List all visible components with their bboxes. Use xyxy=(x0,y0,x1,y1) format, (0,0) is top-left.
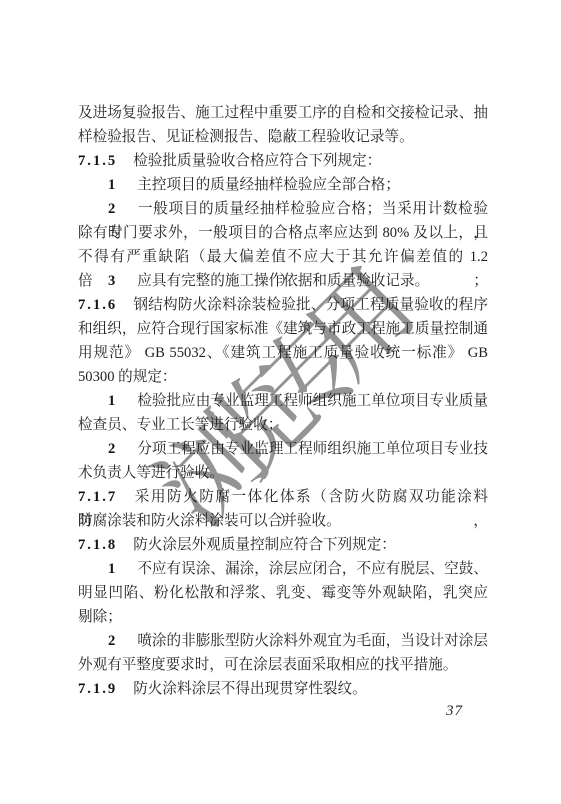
clause-number: 3 xyxy=(108,273,115,289)
line-text: 外观有平整度要求时，可在涂层表面采取相应的找平措施。 xyxy=(78,657,457,673)
text-line: 2一般项目的质量经抽样检验应合格；当采用计数检验时， xyxy=(108,197,488,221)
line-text: 样检验报告、见证检测报告、隐蔽工程验收记录等。 xyxy=(78,129,414,145)
text-line: 7.1.6钢结构防火涂料涂装检验批、分项工程质量验收的程序 xyxy=(78,293,488,317)
text-line: 外观有平整度要求时，可在涂层表面采取相应的找平措施。 xyxy=(78,653,488,677)
text-line: 1不应有误涂、漏涂，涂层应闭合，不应有脱层、空鼓、 xyxy=(108,557,488,581)
line-text: 及进场复验报告、施工过程中重要工序的自检和交接检记录、抽 xyxy=(78,105,488,121)
line-text: 不应有误涂、漏涂，涂层应闭合，不应有脱层、空鼓、 xyxy=(137,561,488,577)
clause-number: 7.1.6 xyxy=(78,297,117,313)
text-line: 50300 的规定： xyxy=(78,365,488,389)
text-line: 1检验批应由专业监理工程师组织施工单位项目专业质量 xyxy=(108,389,488,413)
line-text: 除有专门要求外，一般项目的合格点率应达到 80% 及以上，且 xyxy=(78,225,488,241)
text-line: 除有专门要求外，一般项目的合格点率应达到 80% 及以上，且 xyxy=(78,221,488,245)
clause-number: 1 xyxy=(108,393,115,409)
line-text: 和组织，应符合现行国家标准《建筑与市政工程施工质量控制通 xyxy=(78,321,488,337)
line-text: 术负责人等进行验收。 xyxy=(78,465,224,481)
clause-number: 1 xyxy=(108,561,115,577)
clause-number: 1 xyxy=(108,177,115,193)
line-text: 检验批应由专业监理工程师组织施工单位项目专业质量 xyxy=(137,393,488,409)
text-line: 7.1.9防火涂料涂层不得出现贯穿性裂纹。 xyxy=(78,677,488,701)
text-line: 7.1.5检验批质量验收合格应符合下列规定： xyxy=(78,149,488,173)
document-page: 浏览专用 及进场复验报告、施工过程中重要工序的自检和交接检记录、抽 样检验报告、… xyxy=(0,0,561,804)
line-text: 防火涂料涂层不得出现贯穿性裂纹。 xyxy=(133,681,367,697)
line-text: 明显凹陷、粉化松散和浮浆、乳变、霉变等外观缺陷，乳突应 xyxy=(78,585,488,601)
clause-number: 2 xyxy=(108,201,115,217)
text-line: 和组织，应符合现行国家标准《建筑与市政工程施工质量控制通 xyxy=(78,317,488,341)
line-text: 50300 的规定： xyxy=(78,369,177,385)
text-line: 术负责人等进行验收。 xyxy=(78,461,488,485)
line-text: 剔除； xyxy=(78,609,122,625)
line-text: 钢结构防火涂料涂装检验批、分项工程质量验收的程序 xyxy=(133,297,488,313)
line-text: 防火涂层外观质量控制应符合下列规定： xyxy=(133,537,396,553)
text-line: 不得有严重缺陷（最大偏差值不应大于其允许偏差值的 1.2 倍）； xyxy=(78,245,488,269)
line-text: 喷涂的非膨胀型防火涂料外观宜为毛面，当设计对涂层 xyxy=(137,633,488,649)
text-line: 用规范》 GB 55032、《建筑工程施工质量验收统一标准》 GB xyxy=(78,341,488,365)
line-text: 防腐涂装和防火涂料涂装可以合并验收。 xyxy=(78,513,341,529)
text-line: 7.1.7采用防火防腐一体化体系（含防火防腐双功能涂料时）， xyxy=(78,485,488,509)
text-line: 1主控项目的质量经抽样检验应全部合格； xyxy=(108,173,488,197)
line-text: 分项工程应由专业监理工程师组织施工单位项目专业技 xyxy=(137,441,488,457)
clause-number: 7.1.9 xyxy=(78,681,117,697)
page-number: 37 xyxy=(446,703,463,720)
text-line: 样检验报告、见证检测报告、隐蔽工程验收记录等。 xyxy=(78,125,488,149)
text-line: 2分项工程应由专业监理工程师组织施工单位项目专业技 xyxy=(108,437,488,461)
clause-number: 2 xyxy=(108,441,115,457)
line-text: 检查员、专业工长等进行验收； xyxy=(78,417,282,433)
text-line: 7.1.8防火涂层外观质量控制应符合下列规定： xyxy=(78,533,488,557)
text-line: 明显凹陷、粉化松散和浮浆、乳变、霉变等外观缺陷，乳突应 xyxy=(78,581,488,605)
line-text: 主控项目的质量经抽样检验应全部合格； xyxy=(137,177,400,193)
text-line: 及进场复验报告、施工过程中重要工序的自检和交接检记录、抽 xyxy=(78,101,488,125)
line-text: 检验批质量验收合格应符合下列规定： xyxy=(133,153,381,169)
line-text: 用规范》 GB 55032、《建筑工程施工质量验收统一标准》 GB xyxy=(78,345,488,361)
line-text: 应具有完整的施工操作依据和质量验收记录。 xyxy=(137,273,429,289)
clause-number: 7.1.8 xyxy=(78,537,117,553)
clause-number: 7.1.7 xyxy=(78,489,117,505)
text-line: 剔除； xyxy=(78,605,488,629)
text-block: 及进场复验报告、施工过程中重要工序的自检和交接检记录、抽 样检验报告、见证检测报… xyxy=(78,101,488,701)
text-line: 检查员、专业工长等进行验收； xyxy=(78,413,488,437)
text-line: 2喷涂的非膨胀型防火涂料外观宜为毛面，当设计对涂层 xyxy=(108,629,488,653)
clause-number: 7.1.5 xyxy=(78,153,117,169)
clause-number: 2 xyxy=(108,633,115,649)
